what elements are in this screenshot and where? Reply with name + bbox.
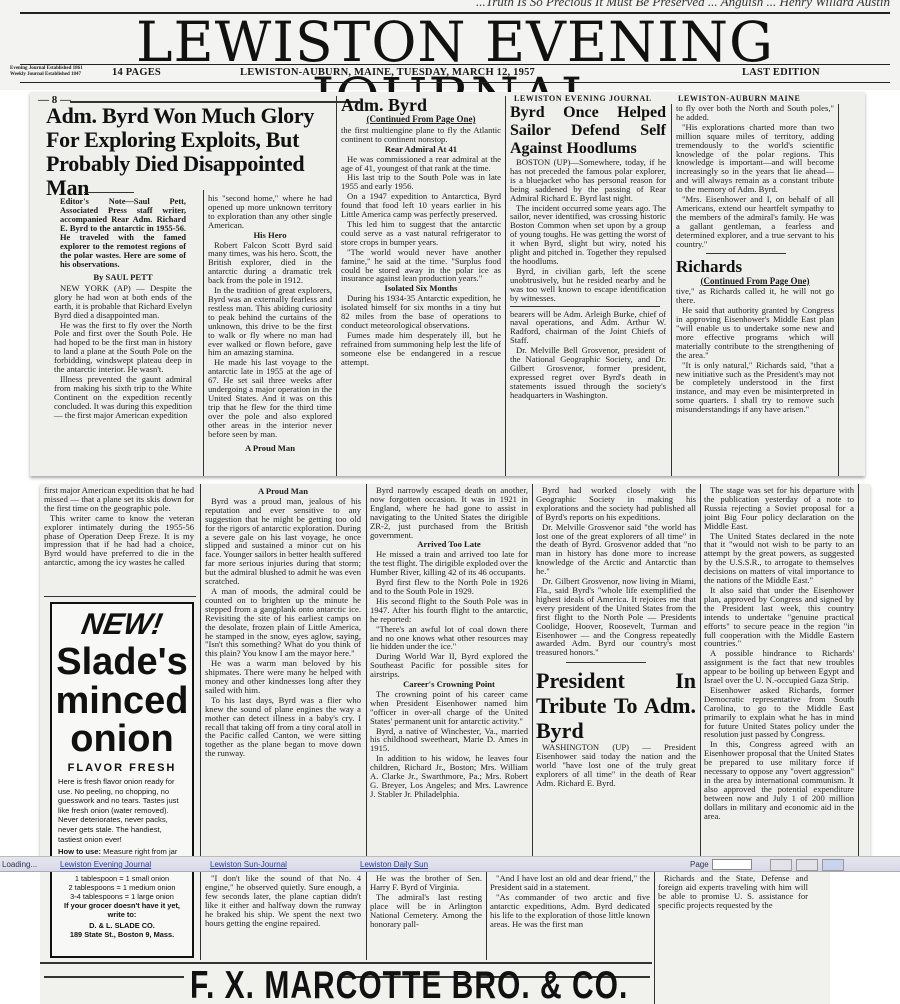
page-label: Page <box>690 860 709 869</box>
richards-headline: Richards <box>676 258 834 276</box>
banner-rule-left <box>44 976 184 978</box>
subhead-proud-man-repeat: A Proud Man <box>205 487 361 496</box>
cont-p8: Fumes made him desperately ill, but he r… <box>341 331 501 367</box>
sailor-p2: The incident occurred some years ago. Th… <box>510 204 666 266</box>
established-notes: Evening Journal Established 1861 Weekly … <box>10 66 83 78</box>
richards-p10: Richards and the State, Defense and fore… <box>658 874 808 910</box>
cont-p15: The crowning point of his career came wh… <box>370 690 528 726</box>
richards-p7: A possible hindrance to Richards' assign… <box>704 649 854 685</box>
cont-p10: He missed a train and arrived too late f… <box>370 550 528 577</box>
sailor-p3: Byrd, in civilian garb, left the scene u… <box>510 267 666 303</box>
richards-col-c: Richards and the State, Defense and fore… <box>658 874 808 911</box>
ad-how-label: How to use: <box>58 847 101 856</box>
ad-body: Here is fresh flavor onion ready for use… <box>52 777 192 844</box>
grosvenor-col: Byrd had worked closely with the Geograp… <box>536 486 696 789</box>
column-rule <box>200 484 201 856</box>
sailor-story: Byrd Once Helped Sailor Defend Self Agai… <box>510 104 666 401</box>
cont-p4: On a 1947 expedition to Antarctica, Byrd… <box>341 192 501 219</box>
subhead-his-hero: His Hero <box>208 231 332 240</box>
slades-onion-ad: NEW! Slade's minced onion FLAVOR FRESH H… <box>50 602 194 856</box>
continued-story-col-a: Adm. Byrd (Continued From Page One) the … <box>341 96 501 367</box>
section-label-city: LEWISTON-AUBURN MAINE <box>678 94 800 103</box>
ad-measures: 1 tablespoon = 1 small onion 2 tablespoo… <box>52 874 192 939</box>
column-rule <box>858 484 859 856</box>
main-col3-p1: first major American expedition that he … <box>44 486 194 513</box>
cont-p16: Byrd, a native of Winchester, Va., marri… <box>370 727 528 754</box>
cont-p11: Byrd first flew to the North Pole in 192… <box>370 578 528 596</box>
column-rule <box>700 484 701 856</box>
column-rule <box>366 872 367 960</box>
viewer-toolbar: Loading... Lewiston Evening Journal Lewi… <box>0 856 900 872</box>
richards-p1: tive," as Richards called it, he will no… <box>676 287 834 305</box>
column-rule <box>366 484 367 856</box>
richards-p4: The stage was set for his departure with… <box>704 486 854 531</box>
richards-continued: (Continued From Page One) <box>676 277 834 286</box>
cont-p1: the first multiengine plane to fly the A… <box>341 126 501 144</box>
prev-page-button[interactable] <box>770 859 792 871</box>
grosvenor-p2: Dr. Melville Grosvenor said "the world h… <box>536 523 696 576</box>
subhead-proud-man: A Proud Man <box>208 444 332 453</box>
ad-measure-1: 1 tablespoon = 1 small onion <box>58 874 186 883</box>
viewer-link-3[interactable]: Lewiston Daily Sun <box>360 860 428 869</box>
ad-product-2: onion <box>52 720 192 758</box>
cont-p5: This led him to suggest that the antarct… <box>341 220 501 247</box>
column-rule <box>200 872 201 960</box>
ad-how-to-use: How to use: Measure right from jar for s… <box>52 847 192 856</box>
main-col2: his "second home," where he had opened u… <box>208 194 332 454</box>
pallbearers-p1: bearers will be Adm. Arleigh Burke, chie… <box>510 310 666 346</box>
editors-note: Editor's Note—Saul Pett, Associated Pres… <box>54 197 192 269</box>
viewer-link-2[interactable]: Lewiston Sun-Journal <box>210 860 287 869</box>
main-col4: A Proud Man Byrd was a proud man, jealou… <box>205 486 361 759</box>
president-col-b: "And I have lost an old and dear friend,… <box>490 874 650 929</box>
eisenhower-p2: "His explorations charted more than two … <box>676 123 834 194</box>
continued-headline: Adm. Byrd <box>341 96 501 114</box>
story-divider <box>566 662 646 663</box>
zoom-button[interactable] <box>822 859 844 871</box>
masthead-rule-bottom <box>20 82 890 83</box>
editors-note-rule <box>84 192 134 193</box>
main-col1-p1: NEW YORK (AP) — Despite the glory he had… <box>54 284 192 320</box>
ad-new-label: NEW! <box>49 608 195 642</box>
main-col3: first major American expedition that he … <box>44 486 194 568</box>
pallbearers-p2: Dr. Melville Bell Grosvenor, president o… <box>510 346 666 399</box>
page-count: 14 PAGES <box>112 67 161 78</box>
president-p2: "And I have lost an old and dear friend,… <box>490 874 650 892</box>
ad-product-1: minced <box>52 682 192 720</box>
page-strip-3: 1 tablespoon = 1 small onion 2 tablespoo… <box>40 872 830 1004</box>
column-rule <box>505 96 506 476</box>
main-col4-p3: He was a warm man beloved by his shipmat… <box>205 659 361 695</box>
masthead: ...Truth Is So Precious It Must Be Prese… <box>0 0 900 90</box>
ad-grocer-note: If your grocer doesn't have it yet, writ… <box>58 901 186 919</box>
viewer-link-1[interactable]: Lewiston Evening Journal <box>60 860 151 869</box>
main-col5-p1: "I don't like the sound of that No. 4 en… <box>205 874 361 927</box>
eisenhower-quote: to fly over both the North and South pol… <box>676 104 834 415</box>
cont-p3: His last trip to the South Pole was in l… <box>341 173 501 191</box>
subhead-isolated: Isolated Six Months <box>341 284 501 293</box>
ad-measure-2: 2 tablespoons = 1 medium onion <box>58 883 186 892</box>
ad-measure-3: 3-4 tablespoons = 1 large onion <box>58 892 186 901</box>
established-line-2: Weekly Journal Established 1847 <box>10 72 83 78</box>
column-rule <box>203 190 204 476</box>
sailor-p1: BOSTON (UP)—Somewhere, today, if he has … <box>510 158 666 203</box>
main-col2-p1: his "second home," where he had opened u… <box>208 194 332 230</box>
main-col3-p2: This writer came to know the veteran exp… <box>44 514 194 567</box>
continued-story-col-b: Byrd narrowly escaped death on another, … <box>370 486 528 800</box>
richards-p5: The United States declared in the note t… <box>704 532 854 585</box>
cont-p13: "There's an awful lot of coal down there… <box>370 625 528 652</box>
subhead-rear-admiral: Rear Admiral At 41 <box>341 145 501 154</box>
column-rule <box>532 484 533 856</box>
ad-top-rule <box>44 596 196 597</box>
main-col1-p3: Illness prevented the gaunt admiral from… <box>54 375 192 420</box>
column-rule <box>654 872 655 1004</box>
continued-story-col-c: He was the brother of Sen. Harry F. Byrd… <box>370 874 482 958</box>
byline: By SAUL PETT <box>54 273 192 282</box>
cont-p2: He was commissioned a rear admiral at th… <box>341 155 501 173</box>
richards-p2: He said that authority granted by Congre… <box>676 306 834 359</box>
president-p1: WASHINGTON (UP) — President Eisenhower s… <box>536 743 696 788</box>
column-rule <box>486 872 487 960</box>
page-strip-1: — 8 — Adm. Byrd Won Much Glory For Explo… <box>30 92 865 476</box>
cont-p17: In addition to his widow, he leaves four… <box>370 754 528 799</box>
section-label-journal: LEWISTON EVENING JOURNAL <box>514 94 652 103</box>
cont-p18: He was the brother of Sen. Harry F. Byrd… <box>370 874 482 892</box>
column-rule <box>671 104 672 476</box>
eisenhower-p3: "Mrs. Eisenhower and I, on behalf of all… <box>676 195 834 248</box>
masthead-rule-mid <box>20 64 890 65</box>
slades-onion-ad-bottom: 1 tablespoon = 1 small onion 2 tablespoo… <box>50 872 194 958</box>
main-col2-p4: He made his last voyage to the antarctic… <box>208 358 332 438</box>
marcotte-banner: F. X. MARCOTTE BRO. & CO. <box>190 964 628 1004</box>
ad-tagline: FLAVOR FRESH <box>52 762 192 774</box>
eisenhower-p1: to fly over both the North and South pol… <box>676 104 834 122</box>
page-strip-2: first major American expedition that he … <box>40 484 870 856</box>
cont-p6: "The world would never have another fami… <box>341 248 501 284</box>
main-col1-p2: He was the first to fly over the North P… <box>54 321 192 374</box>
sailor-headline: Byrd Once Helped Sailor Defend Self Agai… <box>510 104 666 158</box>
cont-p14: During World War II, Byrd explored the S… <box>370 652 528 679</box>
main-headline: Adm. Byrd Won Much Glory For Exploring E… <box>46 104 346 200</box>
cont-p12: His second flight to the South Pole was … <box>370 597 528 624</box>
president-headline: President In Tribute To Adm. Byrd <box>536 668 696 743</box>
subhead-arrived-late: Arrived Too Late <box>370 540 528 549</box>
continued-from-page-one: (Continued From Page One) <box>341 115 501 124</box>
main-col4-p2: A man of moods, the admiral could be cou… <box>205 587 361 658</box>
main-col4-p1: Byrd was a proud man, jealous of his rep… <box>205 497 361 586</box>
ad-company: D. & L. SLADE CO. <box>58 921 186 930</box>
richards-col-b: The stage was set for his departure with… <box>704 486 854 822</box>
richards-p9: In this, Congress agreed with an Eisenho… <box>704 740 854 820</box>
grosvenor-p1: Byrd had worked closely with the Geograp… <box>536 486 696 522</box>
column-rule <box>336 96 337 476</box>
loading-label: Loading... <box>2 860 37 869</box>
top-quote: ...Truth Is So Precious It Must Be Prese… <box>40 0 890 10</box>
column-rule <box>838 104 839 476</box>
ad-address: 189 State St., Boston 9, Mass. <box>58 930 186 939</box>
richards-p6: It also said that under the Eisenhower p… <box>704 586 854 648</box>
dateline: LEWISTON-AUBURN, MAINE, TUESDAY, MARCH 1… <box>240 67 535 78</box>
richards-p8: Eisenhower asked Richards, former Democr… <box>704 686 854 739</box>
edge-column-fragment <box>842 104 865 113</box>
cont-p7: During his 1934-35 Antarctic expedition,… <box>341 294 501 330</box>
cont-p19: The admiral's last resting place will be… <box>370 893 482 929</box>
president-p3: "As commander of two arctic and five ant… <box>490 893 650 929</box>
main-col5: "I don't like the sound of that No. 4 en… <box>205 874 361 928</box>
subhead-crowning-point: Career's Crowning Point <box>370 680 528 689</box>
edition-label: LAST EDITION <box>742 67 820 78</box>
story-divider <box>510 306 660 307</box>
story-divider <box>706 253 786 254</box>
ad-brand: Slade's <box>52 642 192 682</box>
main-col2-p2: Robert Falcon Scott Byrd said many times… <box>208 241 332 286</box>
editors-note-block: Editor's Note—Saul Pett, Associated Pres… <box>54 192 192 421</box>
main-col4-p4: To his last days, Byrd was a flier who k… <box>205 696 361 758</box>
grosvenor-p3: Dr. Gilbert Grosvenor, now living in Mia… <box>536 577 696 657</box>
next-page-button[interactable] <box>796 859 818 871</box>
page-input[interactable] <box>712 859 752 870</box>
main-col2-p3: In the tradition of great explorers, Byr… <box>208 286 332 357</box>
richards-p3: "It is only natural," Richards said, "th… <box>676 361 834 414</box>
cont-p9: Byrd narrowly escaped death on another, … <box>370 486 528 539</box>
